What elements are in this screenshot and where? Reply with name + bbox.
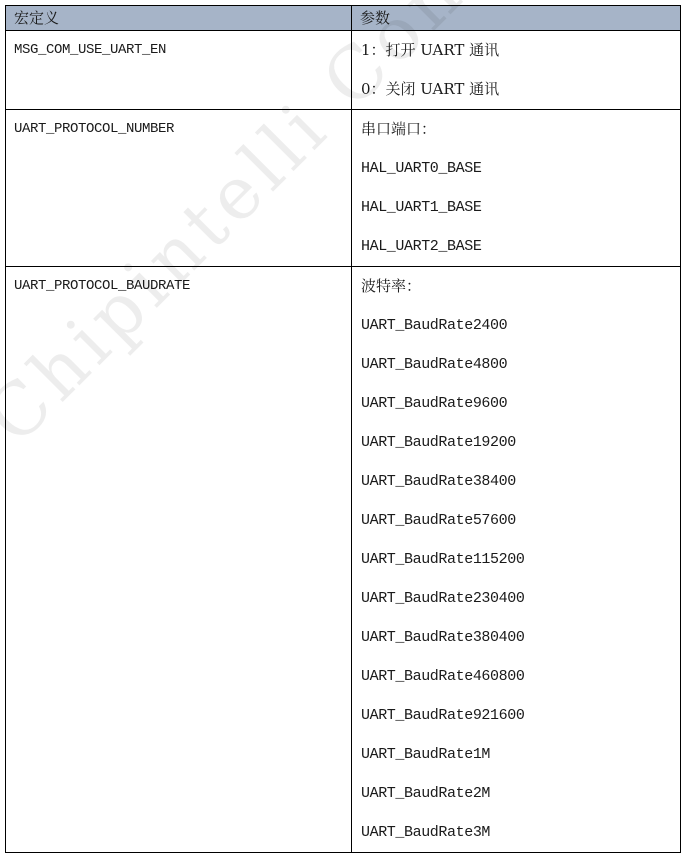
params-cell: 串口端口：HAL_UART0_BASEHAL_UART1_BASEHAL_UAR… [352, 110, 681, 267]
param-value: UART_BaudRate1M [352, 735, 680, 774]
param-value: UART_BaudRate921600 [352, 696, 680, 735]
param-value: UART_BaudRate460800 [352, 657, 680, 696]
param-value: 0：关闭 UART 通讯 [352, 70, 680, 109]
header-macro: 宏定义 [6, 6, 352, 31]
param-value: UART_BaudRate115200 [352, 540, 680, 579]
param-value: UART_BaudRate2M [352, 774, 680, 813]
header-params: 参数 [352, 6, 681, 31]
param-value: UART_BaudRate380400 [352, 618, 680, 657]
param-value: UART_BaudRate230400 [352, 579, 680, 618]
macro-name: UART_PROTOCOL_NUMBER [14, 110, 351, 149]
param-value: UART_BaudRate4800 [352, 345, 680, 384]
macro-cell: UART_PROTOCOL_BAUDRATE [6, 267, 352, 853]
param-value: UART_BaudRate19200 [352, 423, 680, 462]
param-value: HAL_UART1_BASE [352, 188, 680, 227]
param-value: UART_BaudRate9600 [352, 384, 680, 423]
param-value: UART_BaudRate2400 [352, 306, 680, 345]
param-value: 1：打开 UART 通讯 [352, 31, 680, 70]
param-value: UART_BaudRate3M [352, 813, 680, 852]
param-value: UART_BaudRate57600 [352, 501, 680, 540]
param-value: 波特率： [352, 267, 680, 306]
macro-name: UART_PROTOCOL_BAUDRATE [14, 267, 351, 306]
param-value: 串口端口： [352, 110, 680, 149]
table-row: UART_PROTOCOL_NUMBER串口端口：HAL_UART0_BASEH… [6, 110, 681, 267]
macro-name: MSG_COM_USE_UART_EN [14, 31, 351, 70]
param-value: UART_BaudRate38400 [352, 462, 680, 501]
param-value: HAL_UART2_BASE [352, 227, 680, 266]
params-cell: 波特率：UART_BaudRate2400UART_BaudRate4800UA… [352, 267, 681, 853]
table-header-row: 宏定义 参数 [6, 6, 681, 31]
params-cell: 1：打开 UART 通讯0：关闭 UART 通讯 [352, 31, 681, 110]
macro-cell: UART_PROTOCOL_NUMBER [6, 110, 352, 267]
table-row: UART_PROTOCOL_BAUDRATE波特率：UART_BaudRate2… [6, 267, 681, 853]
param-value: HAL_UART0_BASE [352, 149, 680, 188]
macro-cell: MSG_COM_USE_UART_EN [6, 31, 352, 110]
table-row: MSG_COM_USE_UART_EN1：打开 UART 通讯0：关闭 UART… [6, 31, 681, 110]
macro-table: 宏定义 参数 MSG_COM_USE_UART_EN1：打开 UART 通讯0：… [5, 5, 681, 853]
